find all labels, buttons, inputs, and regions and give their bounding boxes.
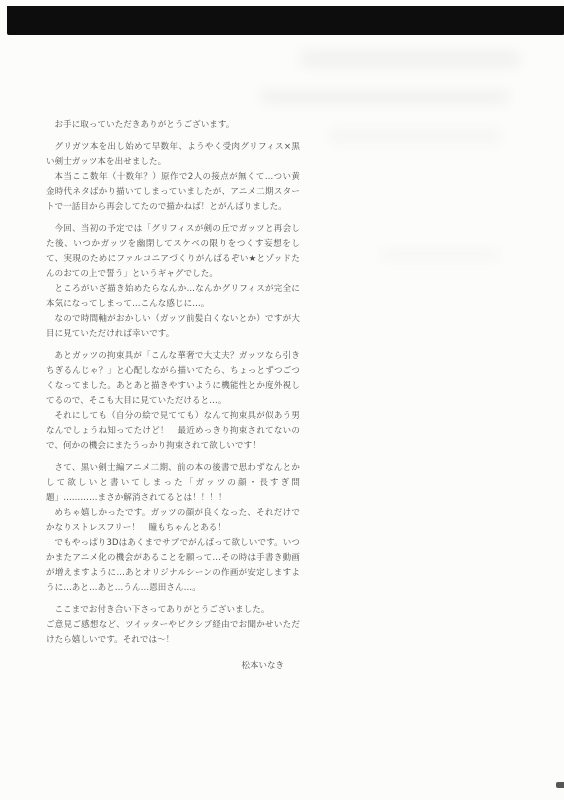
afterword-paragraph: 今回、当初の予定では「グリフィスが剣の丘でガッツと再会した後、いつかガッツを幽閉… — [46, 222, 300, 282]
afterword-paragraph: ここまでお付き合い下さってありがとうございました。 — [46, 603, 300, 618]
afterword-paragraph: ご意見ご感想など、ツイッターやピクシブ経由でお聞かせいただけたら嬉しいです。それ… — [46, 618, 300, 648]
scan-bleedthrough-ghost — [300, 50, 520, 68]
scan-bleedthrough-ghost — [330, 130, 500, 142]
afterword-text-block: お手に取っていただきありがとうございます。グリガツ本を出し始めて早数年、ようやく… — [46, 118, 300, 648]
afterword-paragraph: グリガツ本を出し始めて早数年、ようやく受肉グリフィス×黒い剣士ガッツ本を出せまし… — [46, 140, 300, 170]
afterword-paragraph: お手に取っていただきありがとうございます。 — [46, 118, 300, 133]
afterword-paragraph: ところがいざ描き始めたらなんか…なんかグリフィスが完全に本気になってしまって…こ… — [46, 282, 300, 312]
scan-edge-bar — [7, 6, 564, 35]
afterword-paragraph: それにしても（自分の絵で見てても）なんて拘束具が似あう男なんでしょうね知ってたけ… — [46, 409, 300, 454]
afterword-paragraph: でもやっぱり3Dはあくまでサブでがんばって欲しいです。いつかまたアニメ化の機会が… — [46, 536, 300, 596]
scan-edge-tick — [556, 782, 564, 788]
afterword-paragraph: あとガッツの拘束具が「こんな華奢で大丈夫？ガッツなら引きちぎるんじゃ？」と心配し… — [46, 349, 300, 409]
author-signature: 松本いなき — [46, 659, 284, 674]
afterword-paragraph: めちゃ嬉しかったです。ガッツの顔が良くなった、それだけでかなりストレスフリー！ … — [46, 506, 300, 536]
scan-bleedthrough-ghost — [380, 250, 500, 260]
scan-bleedthrough-ghost — [260, 90, 510, 104]
afterword-paragraph: なので時間軸がおかしい（ガッツ前髪白くないとか）ですが大目に見ていただければ幸い… — [46, 312, 300, 342]
afterword-paragraph: さて、黒い剣士編アニメ二期、前の本の後書で思わずなんとかして欲しいと書いてしまっ… — [46, 461, 300, 506]
afterword-scan-page: お手に取っていただきありがとうございます。グリガツ本を出し始めて早数年、ようやく… — [0, 0, 564, 800]
afterword-paragraph: 本当ここ数年（十数年？）原作で2人の接点が無くて…つい黄金時代ネタばかり描いてし… — [46, 170, 300, 215]
